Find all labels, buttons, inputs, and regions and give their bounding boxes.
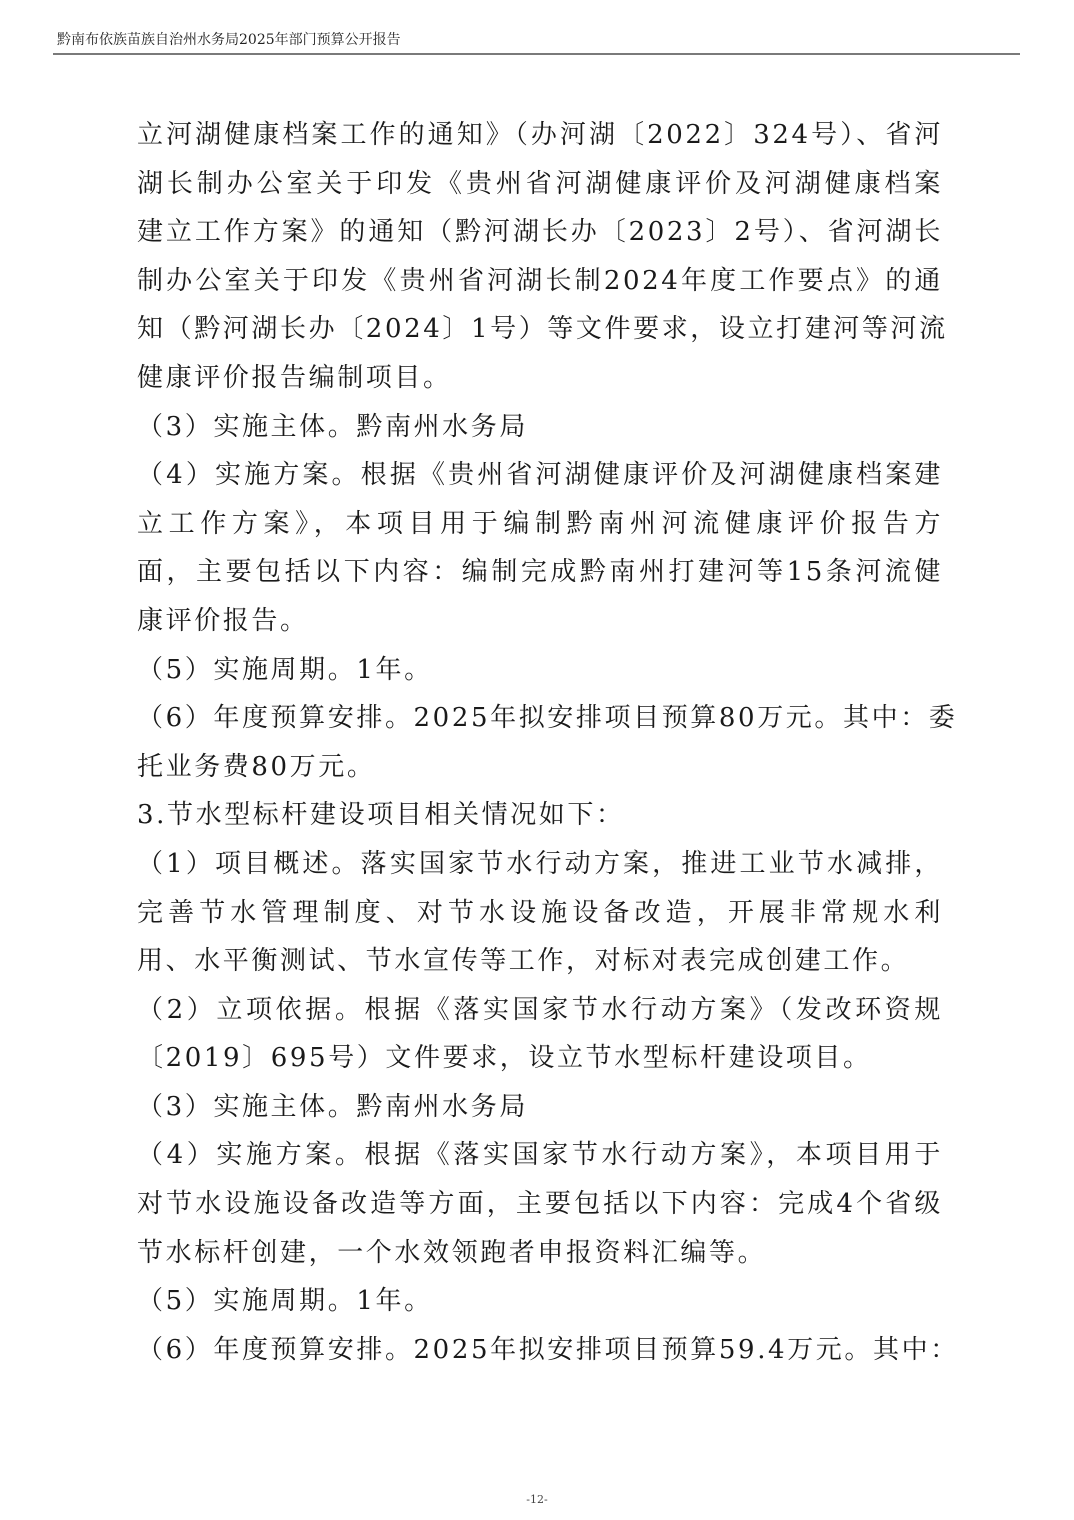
paragraph-line: 〔2019〕695号）文件要求，设立节水型标杆建设项目。 [137, 1034, 943, 1083]
paragraph-line: 用、水平衡测试、节水宣传等工作，对标对表完成创建工作。 [137, 937, 943, 986]
paragraph-line: 节水标杆创建，一个水效领跑者申报资料汇编等。 [137, 1229, 943, 1278]
paragraph-line: 湖长制办公室关于印发《贵州省河湖健康评价及河湖健康档案 [137, 160, 943, 209]
paragraph-line: 制办公室关于印发《贵州省河湖长制2024年度工作要点》的通 [137, 257, 943, 306]
paragraph-line: 对节水设施设备改造等方面，主要包括以下内容：完成4个省级 [137, 1180, 943, 1229]
paragraph-line: （3）实施主体。黔南州水务局 [137, 403, 943, 452]
paragraph-line: （6）年度预算安排。2025年拟安排项目预算80万元。其中：委 [137, 694, 943, 743]
paragraph-line: 健康评价报告编制项目。 [137, 354, 943, 403]
document-body: 立河湖健康档案工作的通知》（办河湖〔2022〕324号）、省河湖长制办公室关于印… [137, 111, 943, 1374]
paragraph-line: 3.节水型标杆建设项目相关情况如下： [137, 791, 943, 840]
paragraph-line: 康评价报告。 [137, 597, 943, 646]
header-divider [53, 53, 1020, 55]
paragraph-line: （5）实施周期。1年。 [137, 646, 943, 695]
paragraph-line: 面，主要包括以下内容：编制完成黔南州打建河等15条河流健 [137, 548, 943, 597]
paragraph-line: 托业务费80万元。 [137, 743, 943, 792]
paragraph-line: 建立工作方案》的通知（黔河湖长办〔2023〕2号）、省河湖长 [137, 208, 943, 257]
paragraph-line: （6）年度预算安排。2025年拟安排项目预算59.4万元。其中： [137, 1326, 943, 1375]
page-header-title: 黔南布依族苗族自治州水务局2025年部门预算公开报告 [57, 30, 401, 50]
paragraph-line: （4）实施方案。根据《贵州省河湖健康评价及河湖健康档案建 [137, 451, 943, 500]
paragraph-line: （5）实施周期。1年。 [137, 1277, 943, 1326]
paragraph-line: 知（黔河湖长办〔2024〕1号）等文件要求，设立打建河等河流 [137, 305, 943, 354]
paragraph-line: （4）实施方案。根据《落实国家节水行动方案》，本项目用于 [137, 1131, 943, 1180]
page-number: -12- [0, 1493, 1074, 1506]
paragraph-line: （2）立项依据。根据《落实国家节水行动方案》（发改环资规 [137, 986, 943, 1035]
paragraph-line: 立工作方案》，本项目用于编制黔南州河流健康评价报告方 [137, 500, 943, 549]
paragraph-line: （3）实施主体。黔南州水务局 [137, 1083, 943, 1132]
paragraph-line: （1）项目概述。落实国家节水行动方案，推进工业节水减排， [137, 840, 943, 889]
paragraph-line: 立河湖健康档案工作的通知》（办河湖〔2022〕324号）、省河 [137, 111, 943, 160]
paragraph-line: 完善节水管理制度、对节水设施设备改造，开展非常规水利 [137, 889, 943, 938]
